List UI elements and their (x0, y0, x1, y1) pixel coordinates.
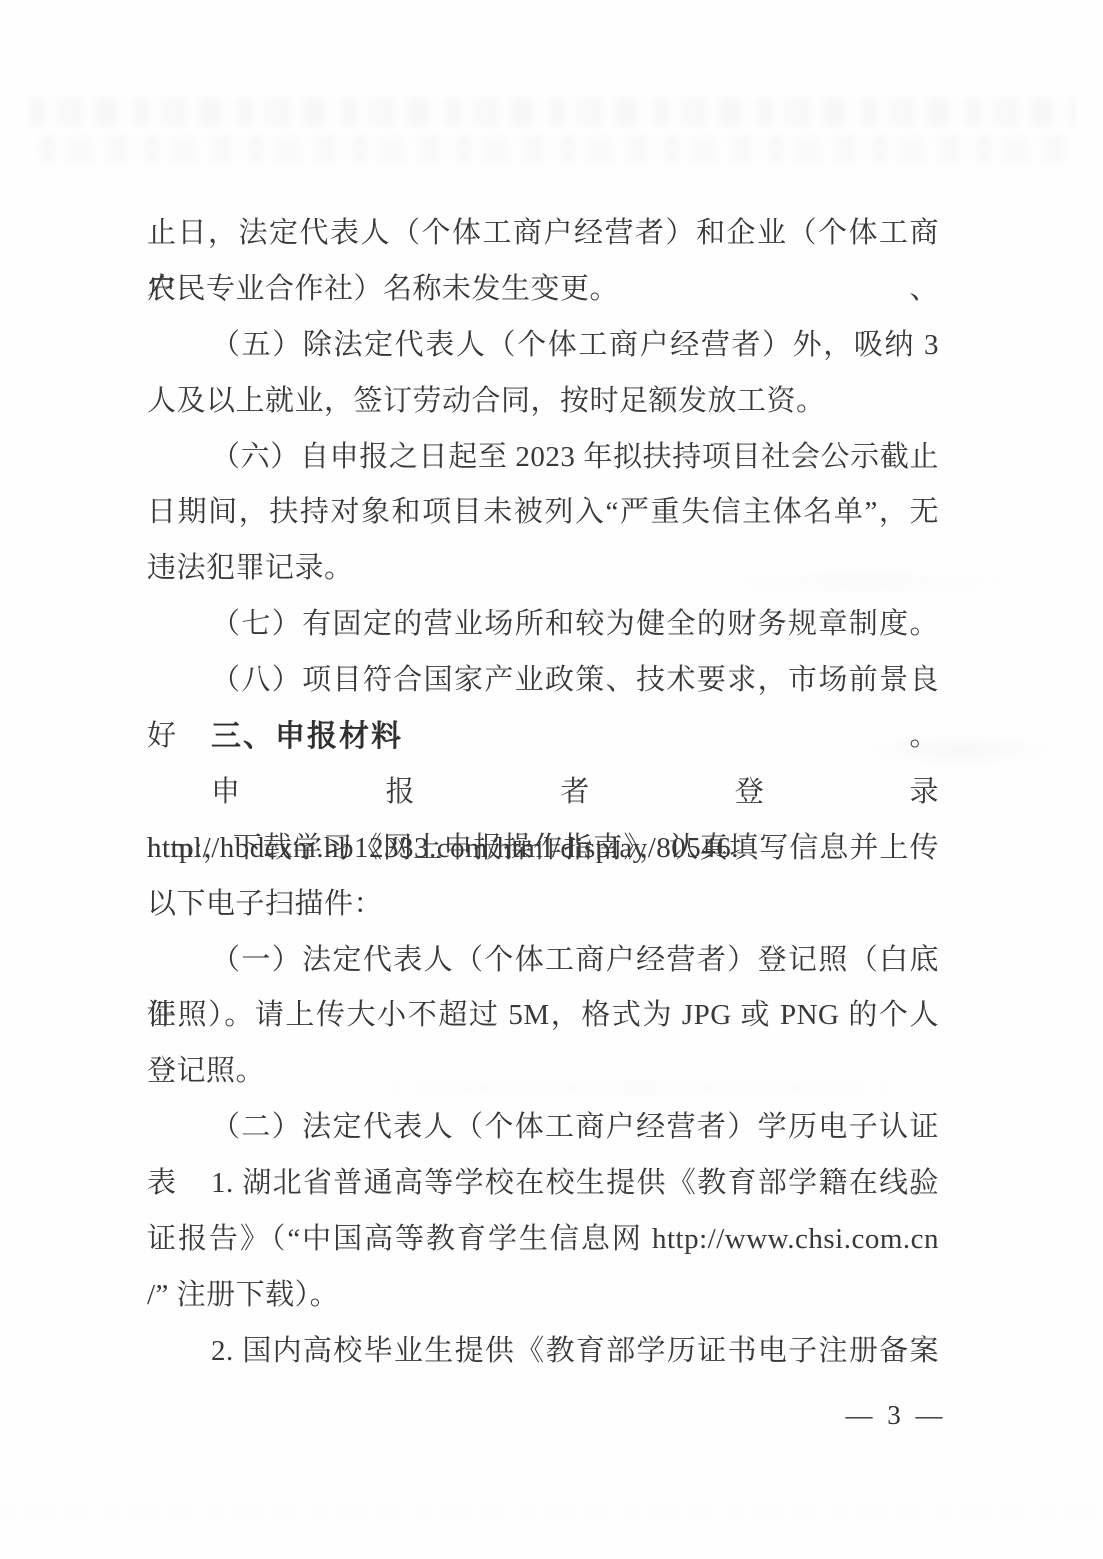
bleed-through-band-bottom (0, 1505, 1103, 1521)
text-line: （二）法定代表人（个体工商户经营者）学历电子认证表。 (147, 1100, 939, 1156)
text-line: （五）除法定代表人（个体工商户经营者）外，吸纳 3 (147, 318, 939, 374)
text-line: 以下电子扫描件： (147, 877, 939, 933)
text-line: 1. 湖北省普通高等学校在校生提供《教育部学籍在线验 (147, 1156, 939, 1212)
text-line: 件照）。请上传大小不超过 5M，格式为 JPG 或 PNG 的个人 (147, 988, 939, 1044)
text-line: 2. 国内高校毕业生提供《教育部学历证书电子注册备案 (147, 1324, 939, 1380)
text-line: 登记照。 (147, 1044, 939, 1100)
bleed-through-band-top-1 (30, 98, 1075, 126)
text-line: 违法犯罪记录。 (147, 541, 939, 597)
text-column: 止日，法定代表人（个体工商户经营者）和企业（个体工商户、农民专业合作社）名称未发… (147, 206, 939, 1380)
text-line: /” 注册下载）。 (147, 1268, 939, 1324)
text-line: 止日，法定代表人（个体工商户经营者）和企业（个体工商户、 (147, 206, 939, 262)
text-line: （六）自申报之日起至 2023 年拟扶持项目社会公示截止 (147, 430, 939, 486)
text-line: （八）项目符合国家产业政策、技术要求，市场前景良好。 (147, 653, 939, 709)
text-line: 申报者登录 http://hbdcxm.hb12333.com/html/dis… (147, 765, 939, 821)
text-line: html，下载学习《网上申报操作指南》，认真填写信息并上传 (147, 821, 939, 877)
bleed-through-band-top-2 (40, 136, 1070, 162)
text-line: （七）有固定的营业场所和较为健全的财务规章制度。 (147, 597, 939, 653)
text-line: 日期间，扶持对象和项目未被列入“严重失信主体名单”，无 (147, 485, 939, 541)
text-line: 证报告》（“中国高等教育学生信息网 http://www.chsi.com.cn (147, 1212, 939, 1268)
text-line: 人及以上就业，签订劳动合同，按时足额发放工资。 (147, 374, 939, 430)
scanned-document-page: 止日，法定代表人（个体工商户经营者）和企业（个体工商户、农民专业合作社）名称未发… (0, 0, 1103, 1559)
text-line: （一）法定代表人（个体工商户经营者）登记照（白底证 (147, 933, 939, 989)
page-number: — 3 — (836, 1400, 956, 1431)
